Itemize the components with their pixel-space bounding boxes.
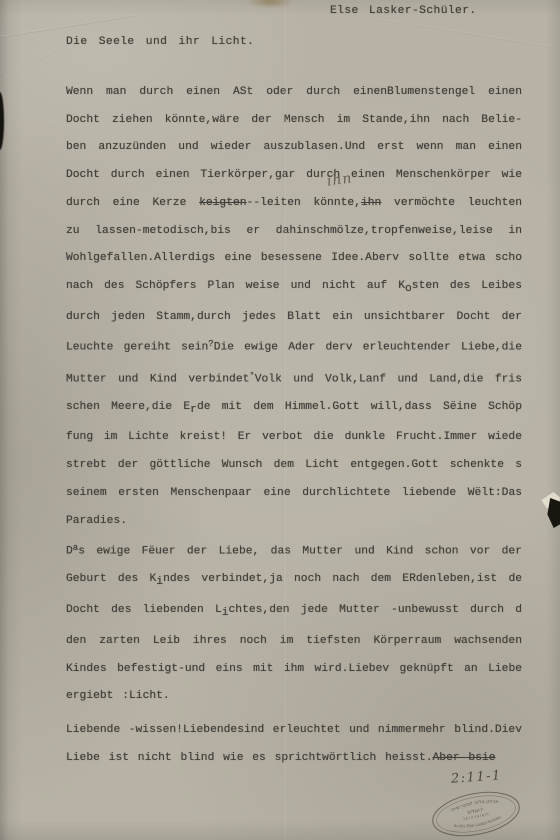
- typescript-line: Leuchte gereiht sein?Die ewige Ader derv…: [66, 331, 522, 362]
- typescript-text-segment: Die ewige Ader derv erleuchtender Liebe,…: [214, 342, 522, 354]
- typescript-line: Docht des liebenden Lichtes,den jede Mut…: [66, 597, 522, 628]
- paper-edge-tear: [0, 92, 4, 150]
- typescript-line: schen Meere,die Erde mit dem Himmel.Gott…: [66, 394, 522, 425]
- typescript-line: Geburt des Kindes verbindet,ja noch nach…: [66, 566, 522, 597]
- typescript-line: Wohlgefallen.Allerdigs eine besessene Id…: [66, 245, 522, 273]
- typescript-text-segment: strebt der göttliche Wunsch dem Licht en…: [66, 459, 522, 471]
- paper-crease: [373, 18, 560, 53]
- typescript-line: ben anzuzünden und wieder auszublasen.Un…: [66, 134, 522, 162]
- typescript-text-segment: Docht durch einen Tierkörper,gar durch e…: [66, 169, 522, 181]
- typescript-text-segment: ergiebt :Licht.: [66, 690, 170, 702]
- typescript-text-segment: Volk und Volk,Lanf und Land,die fris: [255, 373, 522, 385]
- typescript-text-segment: zu lassen-metodisch,bis er dahinschmölze…: [66, 225, 522, 237]
- typescript-text-segment: Geburt des K: [66, 573, 156, 585]
- typescript-strike-segment: Aber bsie: [433, 752, 496, 764]
- typescript-sub-segment: o: [405, 283, 412, 295]
- typescript-line: Das ewige Fëuer der Liebe, das Mutter un…: [66, 535, 522, 566]
- typescript-text-segment: durch jeden Stamm,durch jedes Blatt ein …: [66, 311, 522, 323]
- typescript-line: ergiebt :Licht.: [66, 683, 522, 711]
- typescript-text-segment: fung im Lichte kreist! Er verbot die dun…: [66, 431, 522, 443]
- typescript-line: den zarten Leib ihres noch im tiefsten K…: [66, 628, 522, 656]
- typescript-text-segment: Liebe ist nicht blind wie es sprichtwört…: [66, 752, 433, 764]
- typescript-text-segment: Wohlgefallen.Allerdigs eine besessene Id…: [66, 252, 522, 264]
- typescript-line: Paradies.: [66, 508, 522, 536]
- typescript-line: zu lassen-metodisch,bis er dahinschmölze…: [66, 218, 522, 246]
- typescript-text-segment: Docht ziehen könnte,wäre der Mensch im S…: [66, 114, 522, 126]
- typescript-text-segment: s ewige Fëuer der Liebe, das Mutter und …: [78, 546, 522, 558]
- typescript-text-segment: Mutter und Kind verbindet: [66, 373, 249, 385]
- author-signature: Else Lasker-Schüler.: [330, 5, 477, 17]
- typescript-line: Kindes befestigt-und eins mit ihm wird.L…: [66, 656, 522, 684]
- typescript-strike-segment: keigten: [199, 197, 246, 209]
- typescript-line: Docht ziehen könnte,wäre der Mensch im S…: [66, 107, 522, 135]
- typescript-line: seinem ersten Menschenpaar eine durchlic…: [66, 480, 522, 508]
- typescript-line: Wenn man durch einen ASt oder durch eine…: [66, 79, 522, 107]
- typescript-text-segment: nach des Schöpfers Plan weise und nicht …: [66, 280, 405, 292]
- typescript-line: Docht durch einen Tierkörper,gar durch e…: [66, 162, 522, 190]
- typescript-line: durch eine Kerze keigten--leiten könnte,…: [66, 190, 522, 218]
- manuscript-page: Else Lasker-Schüler. Die Seele und ihr L…: [0, 0, 560, 840]
- typescript-text-segment: Leuchte gereiht sein: [66, 342, 208, 354]
- typescript-body: Wenn man durch einen ASt oder durch eine…: [66, 79, 522, 772]
- typescript-text-segment: durch eine Kerze: [66, 197, 199, 209]
- typescript-text-segment: --leiten könnte,: [247, 197, 361, 209]
- archive-stamp: ארכיון אלזה לסקר-שילר ירושלים Jerusalem …: [425, 782, 526, 840]
- typescript-line: Liebe ist nicht blind wie es sprichtwört…: [66, 745, 522, 773]
- paper-stain: [246, 0, 294, 8]
- typescript-text-segment: Liebende -wissen!Liebendesind erleuchtet…: [66, 724, 522, 736]
- typescript-text-segment: Paradies.: [66, 515, 127, 527]
- typescript-sub-segment: r: [190, 404, 197, 416]
- typescript-text-segment: Wenn man durch einen ASt oder durch eine…: [66, 86, 522, 98]
- typescript-line: durch jeden Stamm,durch jedes Blatt ein …: [66, 304, 522, 332]
- typescript-text-segment: den zarten Leib ihres noch im tiefsten K…: [66, 635, 522, 647]
- typescript-text-segment: schen Meere,die E: [66, 401, 190, 413]
- typescript-line: Mutter und Kind verbindet°Volk und Volk,…: [66, 363, 522, 394]
- typescript-text-segment: sten des Leibes: [412, 280, 522, 292]
- typescript-strike-segment: ihn: [361, 197, 381, 209]
- typescript-text-segment: Kindes befestigt-und eins mit ihm wird.L…: [66, 663, 522, 675]
- typescript-line: strebt der göttliche Wunsch dem Licht en…: [66, 452, 522, 480]
- typescript-line: Liebende -wissen!Liebendesind erleuchtet…: [66, 717, 522, 745]
- typescript-text-segment: ben anzuzünden und wieder auszublasen.Un…: [66, 141, 522, 153]
- typescript-text-segment: Docht des liebenden L: [66, 604, 222, 616]
- typescript-text-segment: D: [66, 546, 73, 558]
- typescript-text-segment: de mit dem Himmel.Gott will,dass Sëine S…: [197, 401, 522, 413]
- typescript-line: fung im Lichte kreist! Er verbot die dun…: [66, 424, 522, 452]
- archive-stamp-graphic: ארכיון אלזה לסקר-שילר ירושלים Jerusalem …: [425, 782, 526, 840]
- typescript-text-segment: chtes,den jede Mutter -unbewusst durch d: [229, 604, 522, 616]
- document-title: Die Seele und ihr Licht.: [66, 36, 254, 48]
- typescript-text-segment: seinem ersten Menschenpaar eine durchlic…: [66, 487, 522, 499]
- typescript-sub-segment: i: [222, 607, 229, 619]
- catalog-number: 2:11-1: [451, 768, 503, 787]
- typescript-line: nach des Schöpfers Plan weise und nicht …: [66, 273, 522, 304]
- typescript-text-segment: ndes verbindet,ja noch nach dem ERdenleb…: [163, 573, 522, 585]
- typescript-text-segment: vermöchte leuchten: [381, 197, 522, 209]
